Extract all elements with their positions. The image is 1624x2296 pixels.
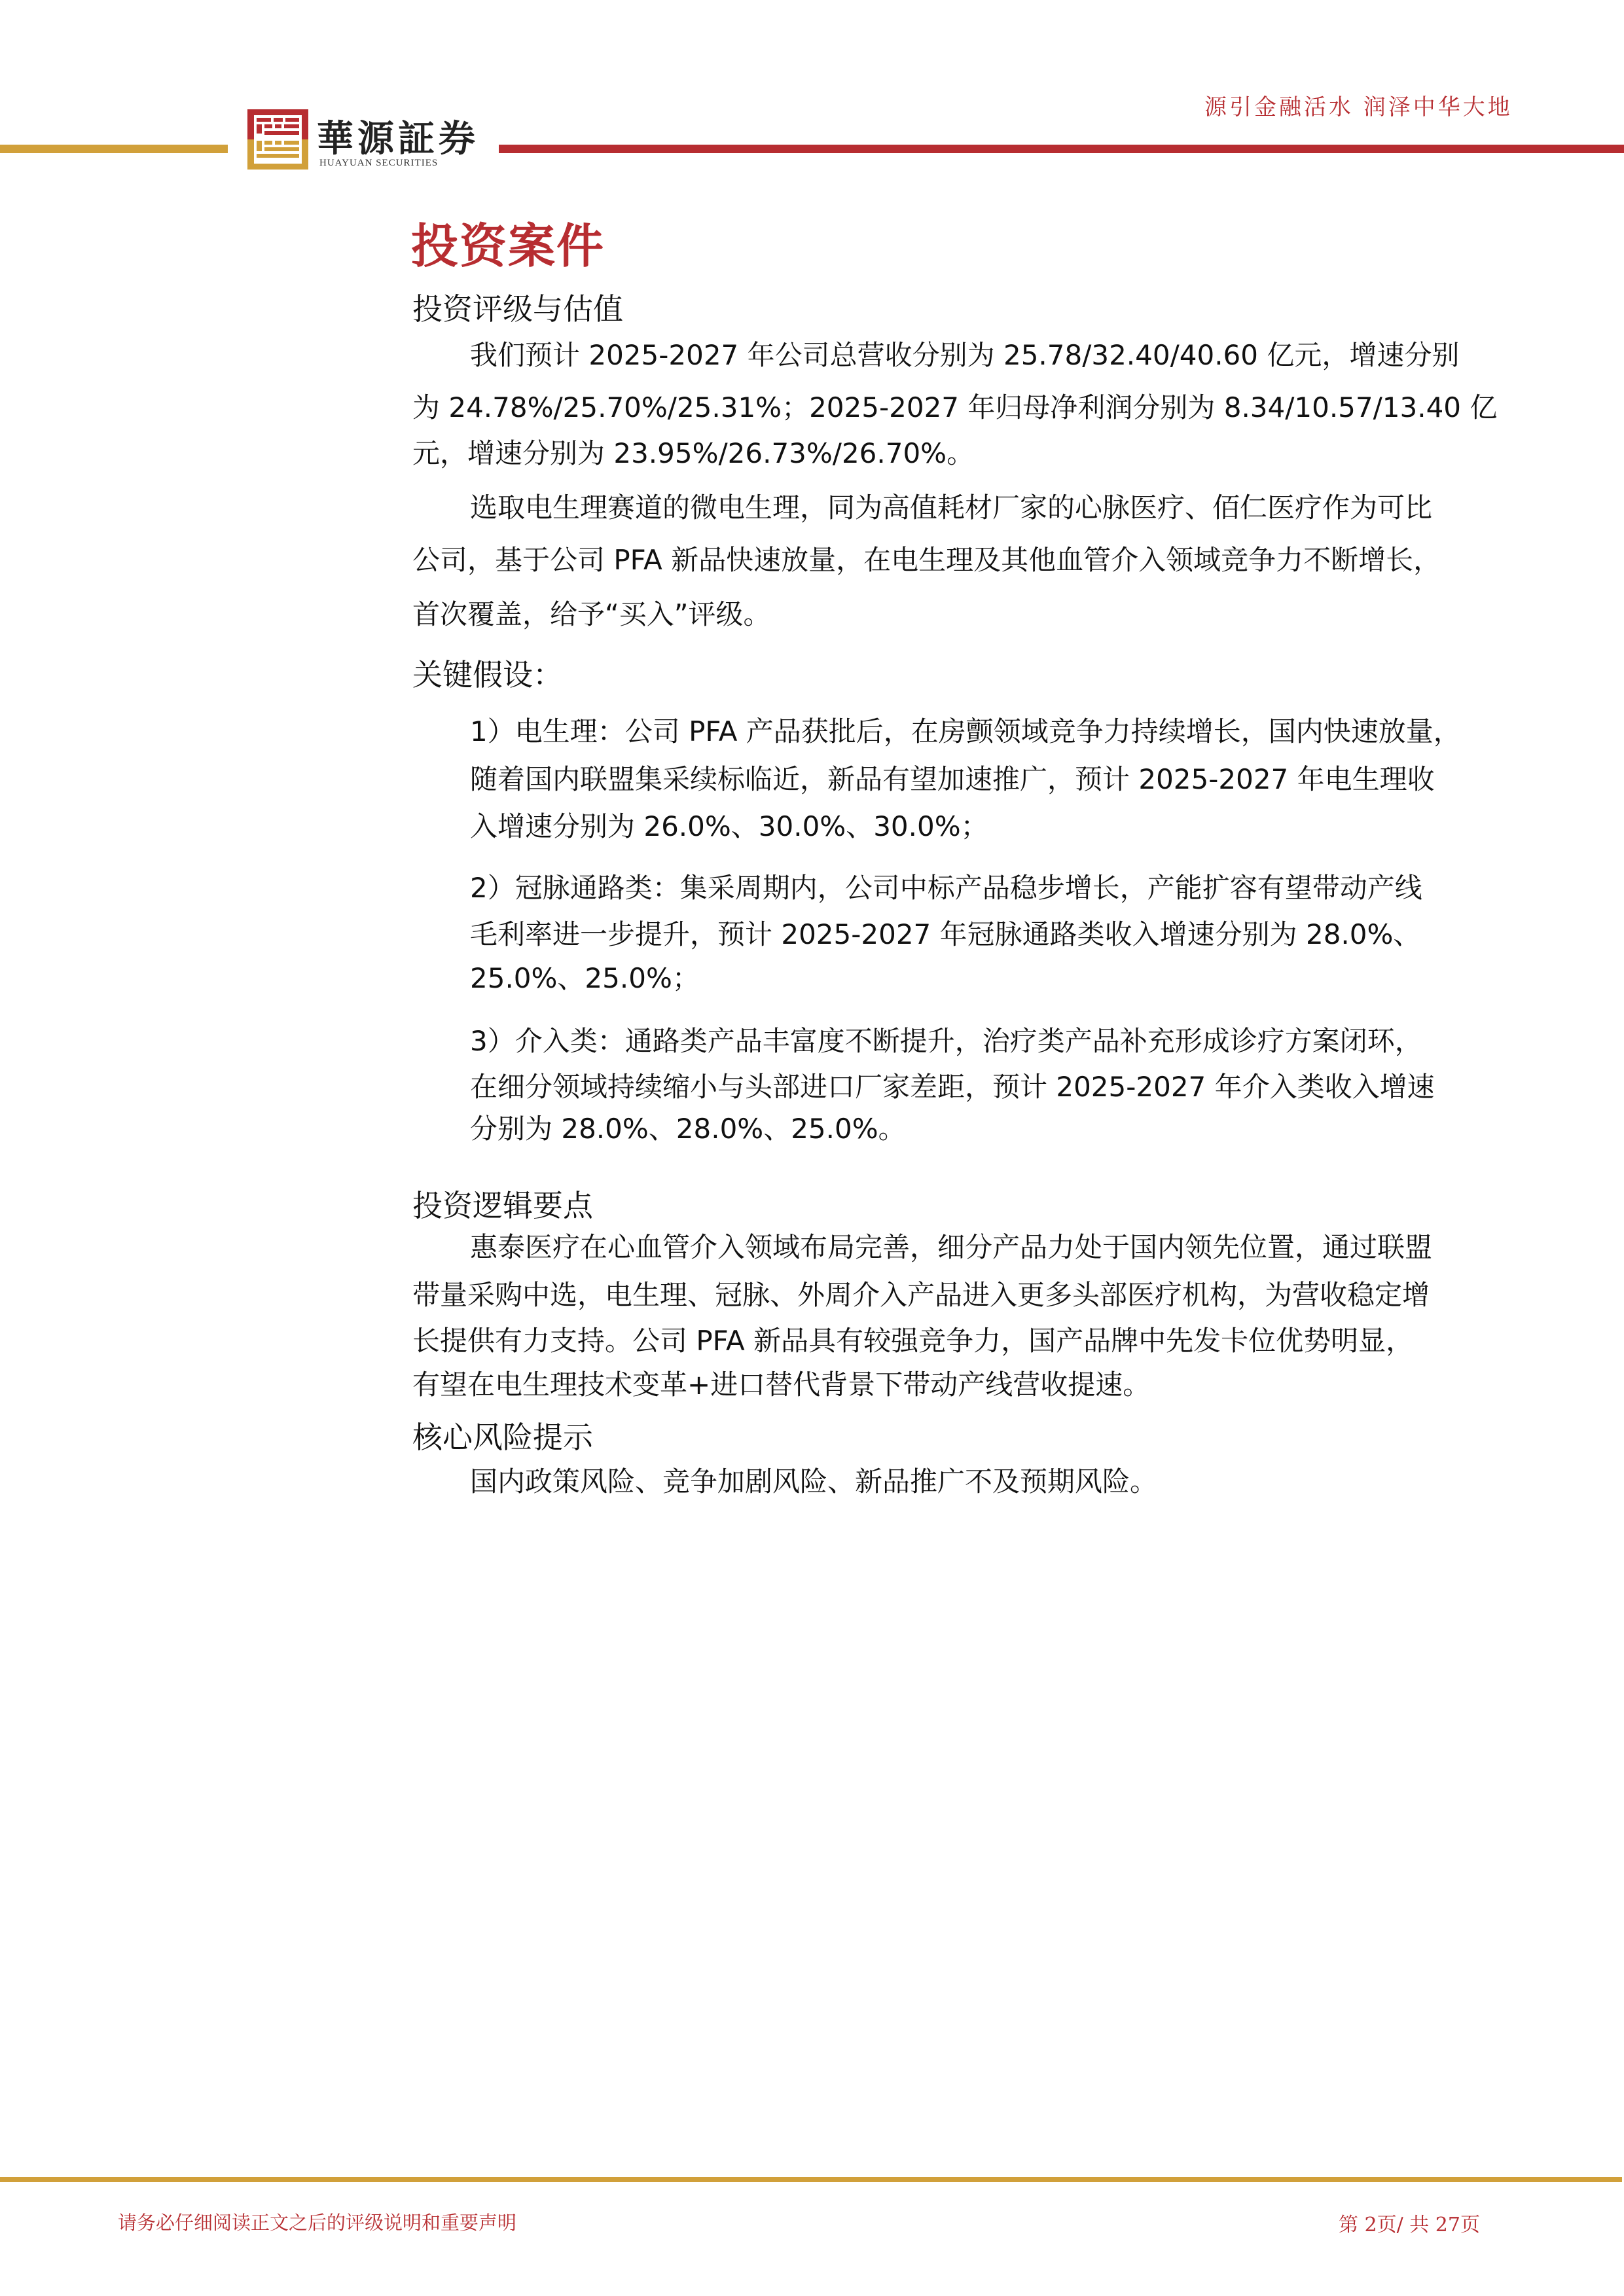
assumption-item-2-line: 25.0%、25.0%； xyxy=(470,961,700,996)
page-number: 第 2页/ 共 27页 xyxy=(1339,2208,1480,2237)
huayuan-logo-icon xyxy=(247,109,308,170)
paragraph-line: 我们预计 2025-2027 年公司总营收分别为 25.78/32.40/40.… xyxy=(470,338,1459,372)
paragraph-line: 带量采购中选，电生理、冠脉、外周介入产品进入更多头部医疗机构，为营收稳定增 xyxy=(412,1278,1430,1312)
section-heading-assumptions: 关键假设： xyxy=(412,651,563,694)
paragraph-line: 为 24.78%/25.70%/25.31%；2025-2027 年归母净利润分… xyxy=(412,391,1497,425)
assumption-item-2-line: 2）冠脉通路类：集采周期内，公司中标产品稳步增长，产能扩容有望带动产线 xyxy=(470,871,1422,905)
paragraph-line: 长提供有力支持。公司 PFA 新品具有较强竞争力，国产品牌中先发卡位优势明显， xyxy=(412,1324,1413,1358)
page-title: 投资案件 xyxy=(411,208,605,276)
paragraph-line: 国内政策风险、竞争加剧风险、新品推广不及预期风险。 xyxy=(470,1465,1157,1499)
assumption-item-3-line: 3）介入类：通路类产品丰富度不断提升，治疗类产品补充形成诊疗方案闭环， xyxy=(470,1024,1422,1058)
paragraph-line: 公司，基于公司 PFA 新品快速放量，在电生理及其他血管介入领域竞争力不断增长， xyxy=(412,543,1441,577)
header-tagline: 源引金融活水 润泽中华大地 xyxy=(1204,89,1513,121)
assumption-item-3-line: 在细分领域持续缩小与头部进口厂家差距，预计 2025-2027 年介入类收入增速 xyxy=(470,1070,1435,1104)
paragraph-line: 有望在电生理技术变革+进口替代背景下带动产线营收提速。 xyxy=(412,1368,1150,1402)
assumption-item-1-line: 入增速分别为 26.0%、30.0%、30.0%； xyxy=(470,810,988,844)
section-heading-rating: 投资评级与估值 xyxy=(412,285,623,329)
paragraph-line: 选取电生理赛道的微电生理，同为高值耗材厂家的心脉医疗、佰仁医疗作为可比 xyxy=(470,491,1432,525)
footer-gold-rule xyxy=(0,2177,1622,2182)
brand-name-en: HUAYUAN SECURITIES xyxy=(319,158,438,169)
section-heading-logic: 投资逻辑要点 xyxy=(412,1182,593,1225)
header-red-rule xyxy=(499,145,1624,153)
assumption-item-3-line: 分别为 28.0%、28.0%、25.0%。 xyxy=(470,1112,906,1146)
paragraph-line: 惠泰医疗在心血管介入领域布局完善，细分产品力处于国内领先位置，通过联盟 xyxy=(470,1230,1432,1265)
assumption-item-1-line: 随着国内联盟集采续标临近，新品有望加速推广，预计 2025-2027 年电生理收 xyxy=(470,762,1435,797)
assumption-item-1-line: 1）电生理：公司 PFA 产品获批后，在房颤领域竞争力持续增长，国内快速放量， xyxy=(470,715,1461,749)
paragraph-line: 首次覆盖，给予“买入”评级。 xyxy=(412,598,771,632)
header-gold-rule xyxy=(0,145,228,153)
footer-disclaimer: 请务必仔细阅读正文之后的评级说明和重要声明 xyxy=(118,2208,516,2235)
paragraph-line: 元，增速分别为 23.95%/26.73%/26.70%。 xyxy=(412,437,974,471)
assumption-item-2-line: 毛利率进一步提升，预计 2025-2027 年冠脉通路类收入增速分别为 28.0… xyxy=(470,918,1420,952)
section-heading-risk: 核心风险提示 xyxy=(412,1414,593,1457)
brand-name-cn: 華源証券 xyxy=(317,110,479,162)
